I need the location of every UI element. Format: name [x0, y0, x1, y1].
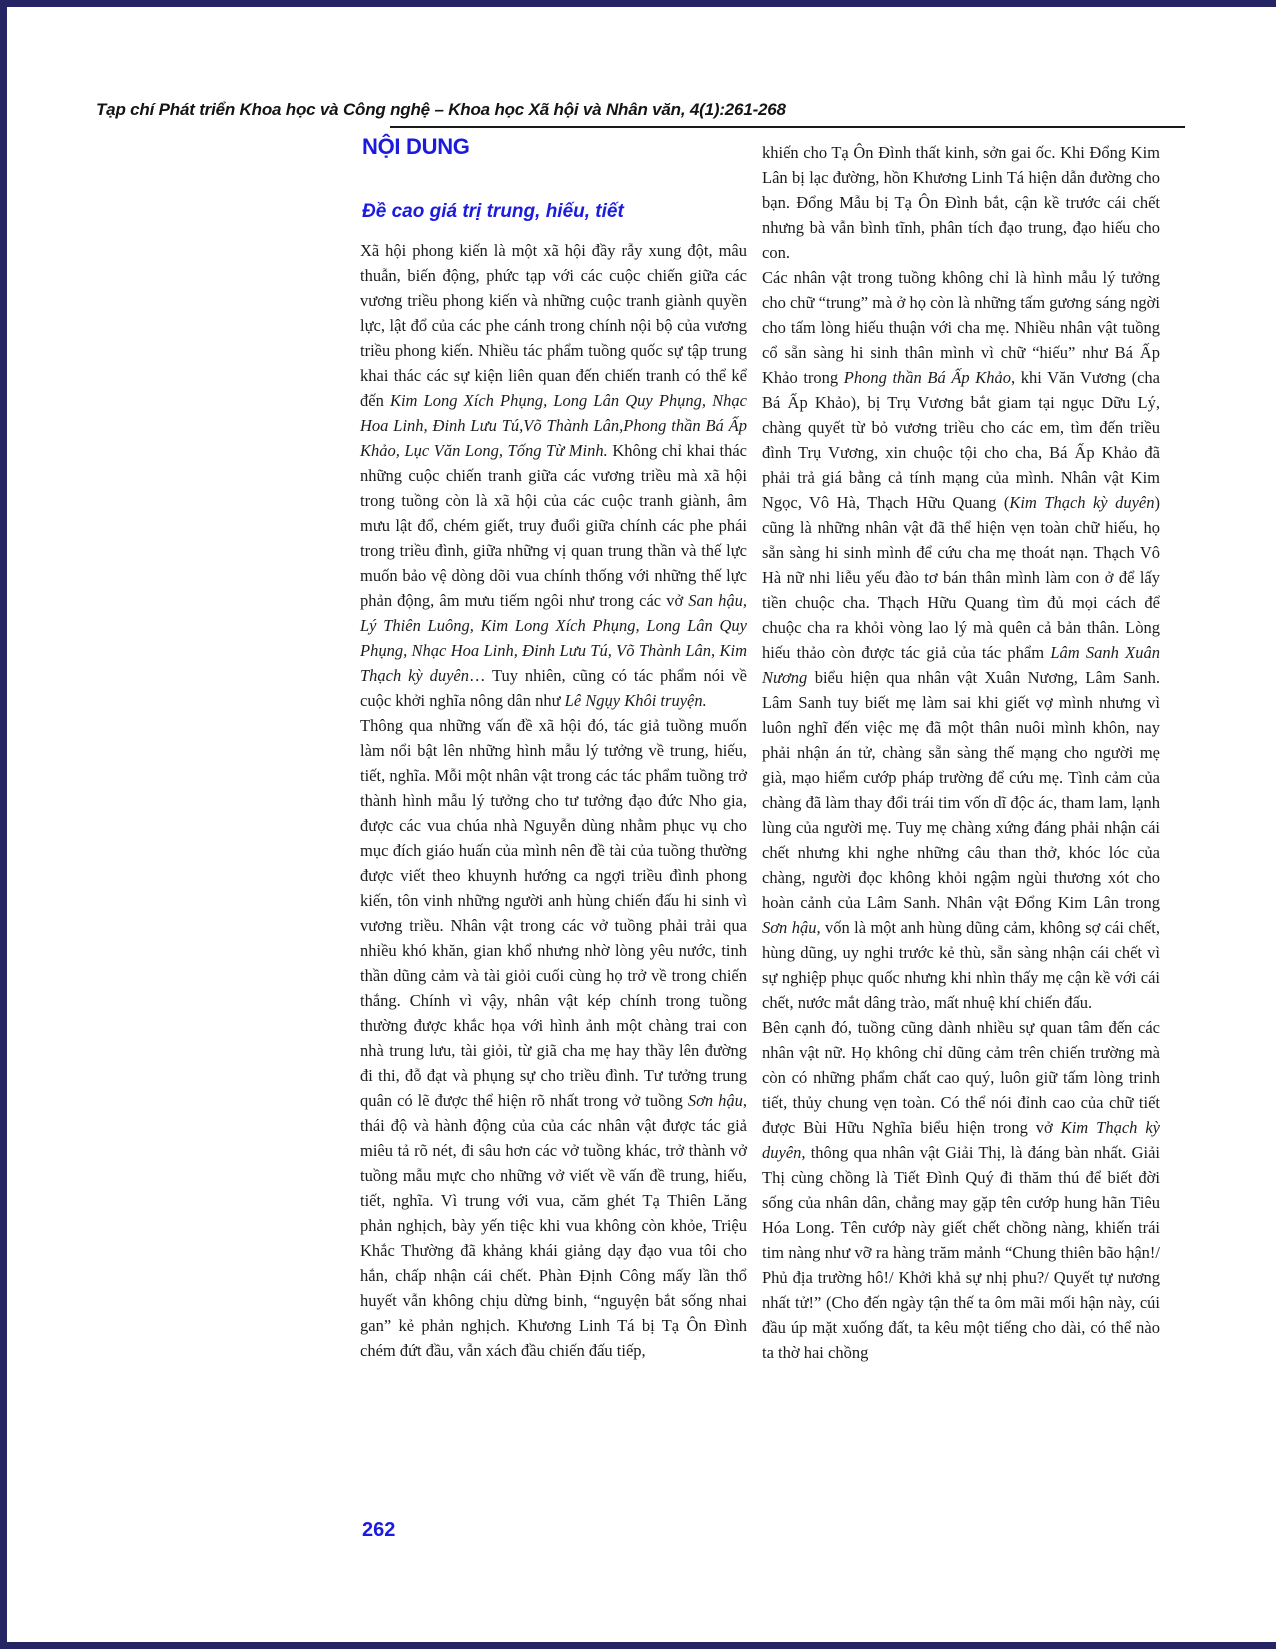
text-run: thông qua nhân vật Giải Thị, là đáng bàn…	[762, 1143, 1160, 1362]
right-column: khiến cho Tạ Ôn Đình thất kinh, sởn gai …	[762, 140, 1160, 1365]
header-rule	[390, 126, 1185, 128]
text-run: Xã hội phong kiến là một xã hội đầy rẫy …	[360, 241, 747, 410]
italic-run: Kim Thạch kỳ duyên	[1009, 493, 1154, 512]
italic-run: Sơn hậu,	[762, 918, 821, 937]
paragraph: Bên cạnh đó, tuồng cũng dành nhiều sự qu…	[762, 1015, 1160, 1365]
text-run: , thái độ và hành động của của các nhân …	[360, 1091, 747, 1360]
paragraph: Xã hội phong kiến là một xã hội đầy rẫy …	[360, 238, 747, 713]
content-section-title: NỘI DUNG	[362, 134, 470, 160]
page-edge-bottom	[0, 1642, 1276, 1649]
text-run: Không chỉ khai thác những cuộc chiến tra…	[360, 441, 747, 610]
italic-run: Lê Ngụy Khôi truyện.	[565, 691, 707, 710]
paragraph: khiến cho Tạ Ôn Đình thất kinh, sởn gai …	[762, 140, 1160, 265]
paragraph: Các nhân vật trong tuồng không chỉ là hì…	[762, 265, 1160, 1015]
left-column: Xã hội phong kiến là một xã hội đầy rẫy …	[360, 238, 747, 1363]
italic-run: Phong thần Bá Ấp Khảo	[844, 368, 1011, 387]
italic-run: Sơn hậu	[688, 1091, 743, 1110]
text-run: biểu hiện qua nhân vật Xuân Nương, Lâm S…	[762, 668, 1160, 912]
page-number: 262	[362, 1519, 395, 1542]
text-run: khiến cho Tạ Ôn Đình thất kinh, sởn gai …	[762, 143, 1160, 262]
page-edge-top	[0, 0, 1276, 7]
journal-page: Tạp chí Phát triển Khoa học và Công nghệ…	[0, 0, 1276, 1649]
text-run: , khi Văn Vương (cha Bá Ấp Khảo), bị Trụ…	[762, 368, 1160, 512]
page-edge-left	[0, 0, 7, 1649]
running-header: Tạp chí Phát triển Khoa học và Công nghệ…	[96, 100, 786, 120]
paragraph: Thông qua những vấn đề xã hội đó, tác gi…	[360, 713, 747, 1363]
text-run: Thông qua những vấn đề xã hội đó, tác gi…	[360, 716, 747, 1110]
subsection-title: Đề cao giá trị trung, hiếu, tiết	[362, 201, 624, 223]
text-run: vốn là một anh hùng dũng cảm, không sợ c…	[762, 918, 1160, 1012]
text-run: ) cũng là những nhân vật đã thể hiện vẹn…	[762, 493, 1160, 662]
